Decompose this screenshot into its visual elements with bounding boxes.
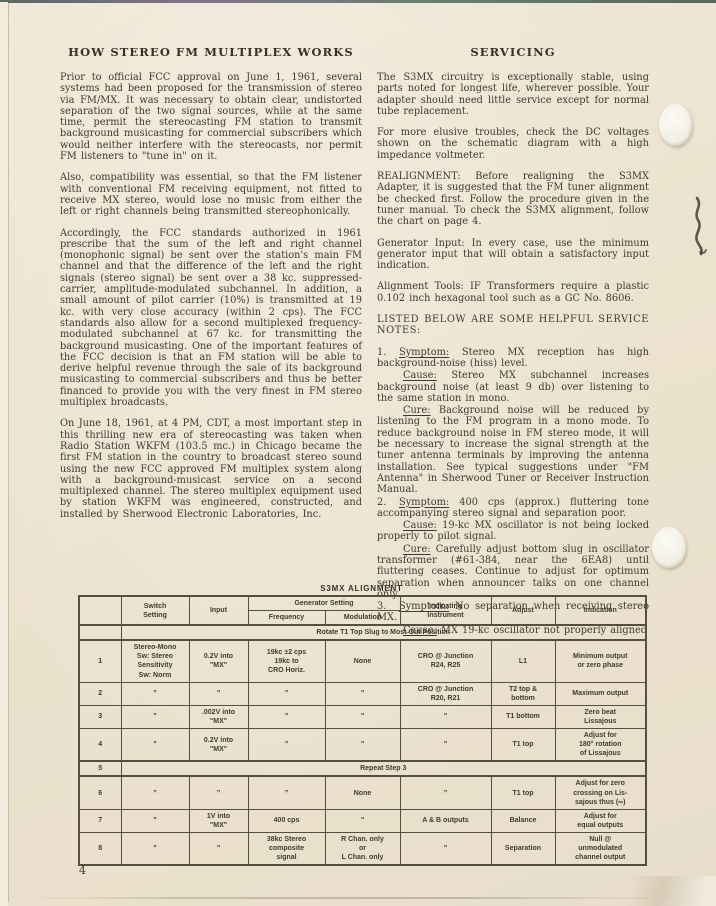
step-number: 1 [79, 640, 121, 682]
paragraph: REALIGNMENT: Before realigning the S3MX … [377, 171, 649, 227]
note-label: Cause: [403, 520, 437, 531]
paragraph: The S3MX circuitry is exceptionally stab… [377, 72, 649, 117]
note-label: Symptom: [399, 497, 449, 508]
right-column-heading: SERVICING [377, 45, 649, 59]
step-number: 5 [79, 761, 121, 776]
header-indication: Indication [555, 596, 646, 625]
cell-indication: Adjust for 180° rotation of Lissajous [555, 729, 646, 762]
table-header-row: Switch Setting Input Generator Setting I… [79, 596, 646, 611]
table-spanner-row: Rotate T1 Top Slug to Most Out Position [79, 625, 646, 640]
header-modulation: Modulation [325, 611, 400, 626]
cell-input: 0.2V into "MX" [189, 729, 248, 762]
cell-switch-setting: ” [121, 682, 189, 705]
table-row: 4 ” 0.2V into "MX" ” ” ” T1 top Adjust f… [79, 729, 646, 762]
step-number: 3 [79, 705, 121, 728]
header-generator-setting: Generator Setting [248, 596, 400, 611]
alignment-table-section: S3MX ALIGNMENT Switch Setting Input Gene… [78, 584, 645, 866]
cell-switch-setting: ” [121, 832, 189, 865]
service-notes-heading: LISTED BELOW ARE SOME HELPFUL SERVICE NO… [377, 314, 649, 337]
note-label: Cure: [403, 544, 431, 555]
table-row: 8 ” ” 38kc Stereo composite signal R Cha… [79, 832, 646, 865]
service-note: Cure: Background noise will be reduced b… [377, 405, 649, 495]
spanner-step-cell [79, 625, 121, 640]
cell-switch-setting: ” [121, 776, 189, 809]
cell-adjust: Balance [491, 809, 555, 832]
cell-modulation: ” [325, 705, 400, 728]
cell-indicating-instrument: ” [400, 729, 491, 762]
cell-input: ” [189, 776, 248, 809]
cell-input: 1V into "MX" [189, 809, 248, 832]
note-number: 1. [377, 347, 399, 358]
cell-indication: Adjust for equal outputs [555, 809, 646, 832]
cell-modulation: ” [325, 729, 400, 762]
paragraph: Also, compatibility was essential, so th… [60, 172, 362, 217]
cell-modulation: ” [325, 809, 400, 832]
header-switch-setting: Switch Setting [121, 596, 189, 625]
cell-indication: Null @ unmodulated channel output [555, 832, 646, 865]
cell-frequency: 19kc ±2 cps 19kc to CRO Horiz. [248, 640, 325, 682]
note-label: Cause: [403, 370, 437, 381]
step-number: 7 [79, 809, 121, 832]
paragraph: For more elusive troubles, check the DC … [377, 127, 649, 161]
cell-frequency: ” [248, 776, 325, 809]
page-left-edge [0, 2, 8, 906]
table-repeat-row: 5 Repeat Step 3 [79, 761, 646, 776]
left-column-heading: HOW STEREO FM MULTIPLEX WORKS [60, 45, 362, 59]
cell-modulation: ” [325, 682, 400, 705]
service-note: Cause: Stereo MX subchannel increases ba… [377, 370, 649, 404]
header-adjust: Adjust [491, 596, 555, 625]
step-number: 4 [79, 729, 121, 762]
header-step [79, 596, 121, 625]
cell-frequency: ” [248, 729, 325, 762]
cell-frequency: ” [248, 705, 325, 728]
cell-switch-setting: ” [121, 705, 189, 728]
header-input: Input [189, 596, 248, 625]
cell-input: 0.2V into "MX" [189, 640, 248, 682]
step-number: 6 [79, 776, 121, 809]
left-column: HOW STEREO FM MULTIPLEX WORKS Prior to o… [60, 45, 362, 530]
table-row: 6 ” ” ” None ” T1 top Adjust for zero cr… [79, 776, 646, 809]
cell-indication: Adjust for zero crossing on Lis- sajous … [555, 776, 646, 809]
header-indicating-instrument: Indicating Instrument [400, 596, 491, 625]
cell-adjust: L1 [491, 640, 555, 682]
step-number: 8 [79, 832, 121, 865]
cell-input: ” [189, 682, 248, 705]
cell-input: .002V into "MX" [189, 705, 248, 728]
header-frequency: Frequency [248, 611, 325, 626]
cell-indicating-instrument: A & B outputs [400, 809, 491, 832]
cell-adjust: Separation [491, 832, 555, 865]
binding-wire-icon [690, 196, 708, 258]
cell-indicating-instrument: ” [400, 832, 491, 865]
page-left-edge-line [8, 3, 9, 902]
cell-switch-setting: Stereo-Mono Sw: Stereo Sensitivity Sw: N… [121, 640, 189, 682]
note-text: Background noise will be reduced by list… [377, 405, 649, 495]
cell-input: ” [189, 832, 248, 865]
service-note: 2.Symptom: 400 cps (approx.) fluttering … [377, 497, 649, 520]
right-column: SERVICING The S3MX circuitry is exceptio… [377, 45, 649, 637]
service-note: Cause: 19-kc MX oscillator is not being … [377, 520, 649, 543]
cell-modulation: None [325, 776, 400, 809]
note-label: Cure: [403, 405, 431, 416]
punch-hole-icon [652, 527, 686, 568]
cell-frequency: 400 cps [248, 809, 325, 832]
scan-top-edge [0, 0, 716, 3]
cell-frequency: ” [248, 682, 325, 705]
cell-switch-setting: ” [121, 729, 189, 762]
service-note: 1.Symptom: Stereo MX reception has high … [377, 347, 649, 370]
table-row: 3 ” .002V into "MX" ” ” ” T1 bottom Zero… [79, 705, 646, 728]
paragraph: Generator Input: In every case, use the … [377, 238, 649, 272]
paper-fold [556, 876, 716, 906]
repeat-step-text: Repeat Step 3 [121, 761, 646, 776]
table-row: 2 ” ” ” ” CRO @ Junction R20, R21 T2 top… [79, 682, 646, 705]
cell-adjust: T1 top [491, 776, 555, 809]
table-row: 1 Stereo-Mono Sw: Stereo Sensitivity Sw:… [79, 640, 646, 682]
page-number: 4 [79, 864, 86, 877]
spanner-text: Rotate T1 Top Slug to Most Out Position [121, 625, 646, 640]
step-number: 2 [79, 682, 121, 705]
cell-indication: Maximum output [555, 682, 646, 705]
table-row: 7 ” 1V into "MX" 400 cps ” A & B outputs… [79, 809, 646, 832]
cell-frequency: 38kc Stereo composite signal [248, 832, 325, 865]
cell-indicating-instrument: CRO @ Junction R24, R25 [400, 640, 491, 682]
table-title: S3MX ALIGNMENT [78, 584, 645, 593]
paragraph: On June 18, 1961, at 4 PM, CDT, a most i… [60, 418, 362, 520]
paragraph: Alignment Tools: IF Transformers require… [377, 281, 649, 304]
cell-modulation: None [325, 640, 400, 682]
cell-modulation: R Chan. only or L Chan. only [325, 832, 400, 865]
cell-switch-setting: ” [121, 809, 189, 832]
paragraph: Prior to official FCC approval on June 1… [60, 72, 362, 162]
cell-indication: Zero beat Lissajous [555, 705, 646, 728]
paragraph: Accordingly, the FCC standards authorize… [60, 228, 362, 409]
cell-adjust: T2 top & bottom [491, 682, 555, 705]
note-number: 2. [377, 497, 399, 508]
cell-indicating-instrument: ” [400, 705, 491, 728]
punch-hole-icon [659, 104, 692, 146]
note-label: Symptom: [399, 347, 449, 358]
cell-indicating-instrument: CRO @ Junction R20, R21 [400, 682, 491, 705]
alignment-table: Switch Setting Input Generator Setting I… [78, 595, 647, 866]
cell-adjust: T1 top [491, 729, 555, 762]
cell-adjust: T1 bottom [491, 705, 555, 728]
cell-indicating-instrument: ” [400, 776, 491, 809]
cell-indication: Minimum output or zero phase [555, 640, 646, 682]
